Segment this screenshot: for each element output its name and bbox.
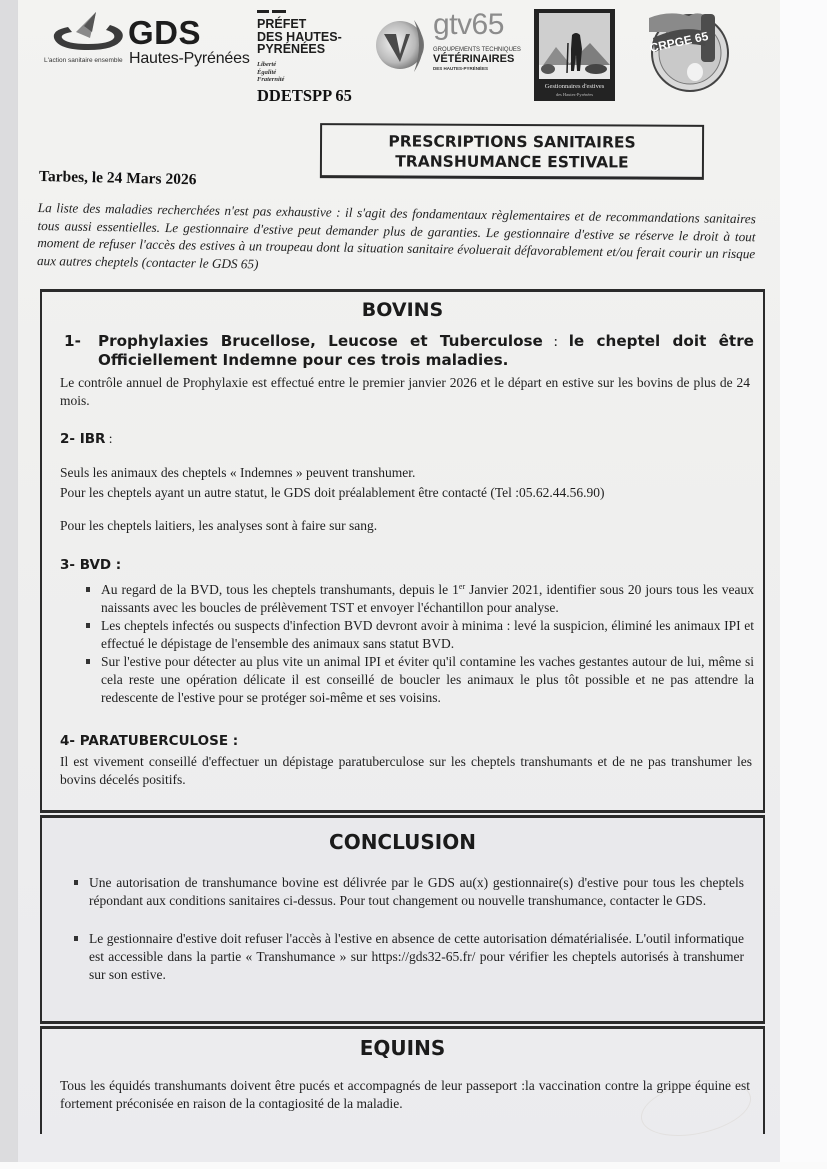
conclusion-bullet-list: Une autorisation de transhumance bovine …	[72, 874, 744, 984]
bvd-bullet-3: Sur l'estive pour détecter au plus vite …	[84, 653, 754, 707]
bovins-s2-heading-text: 2- IBR	[60, 431, 105, 447]
prefet-motto: Liberté Égalité Fraternité	[257, 61, 284, 84]
bovins-s2-line1: Seuls les animaux des cheptels « Indemne…	[60, 464, 760, 482]
intro-paragraph: La liste des maladies recherchées n'est …	[37, 199, 756, 280]
bovins-s1-text: Le contrôle annuel de Prophylaxie est ef…	[60, 374, 750, 410]
bvd-bullet-1: Au regard de la BVD, tous les cheptels t…	[84, 581, 754, 617]
document-title-box: PRESCRIPTIONS SANITAIRES TRANSHUMANCE ES…	[320, 123, 704, 180]
bovins-s4-text: Il est vivement conseillé d'effectuer un…	[60, 753, 752, 789]
bovins-s1-colon: :	[543, 333, 569, 350]
background-margin-bottom	[0, 1162, 827, 1169]
document-date: Tarbes, le 24 Mars 2026	[39, 168, 197, 189]
gtv-line3: DES HAUTES-PYRÉNÉES	[433, 66, 488, 71]
ddetspp-label: DDETSPP 65	[257, 88, 352, 105]
bvd-bullet-2: Les cheptels infectés ou suspects d'infe…	[84, 617, 754, 653]
gtv-wordmark: gtv65	[433, 10, 504, 40]
bovins-s4-heading: 4- PARATUBERCULOSE :	[60, 735, 238, 749]
gds-logo-icon	[48, 8, 126, 56]
marianne-icon	[257, 10, 293, 14]
gds-region: Hautes-Pyrénées	[129, 51, 250, 67]
section-bovins: BOVINS 1- Prophylaxies Brucellose, Leuco…	[40, 289, 765, 813]
bvd-bullet-list: Au regard de la BVD, tous les cheptels t…	[84, 581, 754, 707]
crpge-logo: CRPGE 65	[643, 8, 737, 94]
gds-wordmark: GDS	[128, 16, 201, 49]
gds-tagline: L'action sanitaire ensemble	[44, 57, 123, 64]
bovins-s1-heading: 1- Prophylaxies Brucellose, Leucose et T…	[64, 332, 754, 370]
bovins-s1-heading-a: Prophylaxies Brucellose, Leucose et Tube…	[98, 332, 543, 350]
bovins-s1-number: 1-	[64, 332, 94, 351]
conclusion-bullet-1: Une autorisation de transhumance bovine …	[72, 874, 744, 910]
bovins-s2-heading: 2- IBR :	[60, 432, 113, 447]
document-title-line1: PRESCRIPTIONS SANITAIRES	[322, 131, 702, 153]
section-title-conclusion: CONCLUSION	[42, 832, 763, 852]
estive-managers-logo: Gestionnaires d'estives des Hautes-Pyrén…	[534, 9, 615, 101]
conclusion-bullet-2: Le gestionnaire d'estive doit refuser l'…	[72, 930, 744, 984]
bvd-bullet-1-text-a: Au regard de la BVD, tous les cheptels t…	[101, 582, 459, 597]
bovins-s2-line2: Pour les cheptels ayant un autre statut,…	[60, 484, 760, 502]
bovins-s2-colon: :	[105, 431, 112, 446]
document-title-line2: TRANSHUMANCE ESTIVALE	[322, 151, 702, 173]
section-title-equins: EQUINS	[42, 1038, 763, 1058]
gtv-line2: VÉTÉRINAIRES	[433, 54, 514, 65]
bovins-s3-heading: 3- BVD :	[60, 559, 121, 573]
prefet-title: PRÉFET DES HAUTES- PYRÉNÉES	[257, 18, 342, 56]
gtv-v-logo-icon	[374, 14, 430, 76]
estive-logo-caption: Gestionnaires d'estives	[534, 84, 615, 91]
estive-logo-subcaption: des Hautes-Pyrénées	[534, 93, 615, 98]
background-margin	[780, 0, 827, 1169]
crpge-seal-icon: CRPGE 65	[643, 8, 737, 94]
section-conclusion: CONCLUSION Une autorisation de transhuma…	[40, 815, 765, 1024]
section-title-bovins: BOVINS	[42, 301, 763, 320]
bovins-s2-line3: Pour les cheptels laitiers, les analyses…	[60, 517, 760, 535]
